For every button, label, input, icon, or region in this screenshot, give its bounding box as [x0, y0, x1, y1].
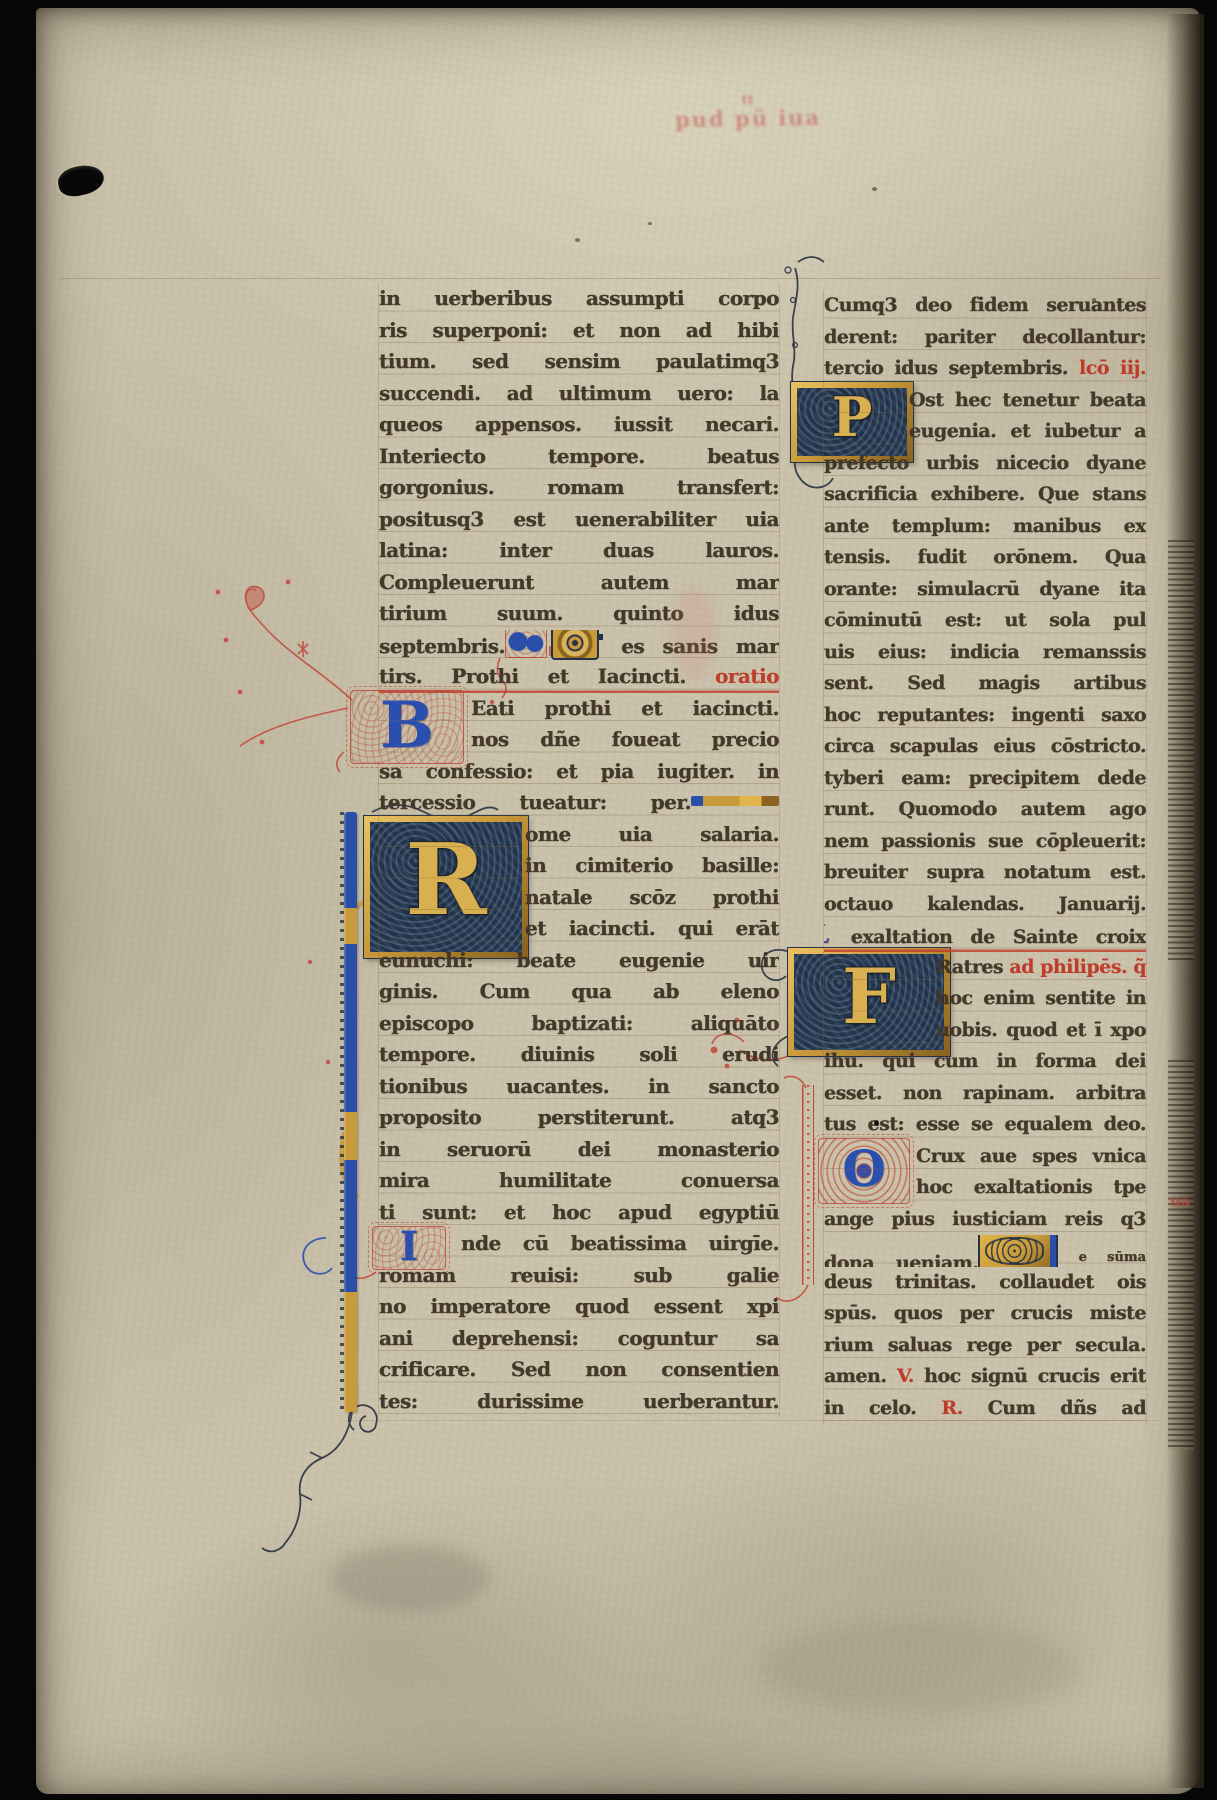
body-text: nos dñe foueat precio	[471, 727, 779, 751]
body-text: natale scōz prothi	[525, 885, 779, 909]
text-line: uobis. quod et ī xpo	[824, 1015, 1146, 1047]
body-text: cōminutū est: ut sola pul	[824, 609, 1146, 631]
body-text: ome uia salaria.	[525, 822, 779, 846]
rubric-text: ad philipēs. q̃	[1003, 956, 1146, 978]
body-text: gorgonius. romam transfert:	[379, 475, 779, 499]
body-text: orante: simulacrū dyane ita	[824, 578, 1146, 600]
body-text: circa scapulas eius cōstricto.	[824, 735, 1146, 757]
faded-folio-inscription: tt pud pü iua	[648, 92, 849, 132]
body-text: Ost hec tenetur beata	[909, 389, 1146, 411]
body-text: hoc exaltationis tpe	[916, 1176, 1146, 1198]
text-column-right: Cumq3 deo fidem seruantes gauderent: par…	[823, 290, 1147, 1424]
text-line: circa scapulas eius cōstricto.	[824, 731, 1146, 763]
body-text: tus est: esse se equalem deo.	[824, 1113, 1146, 1135]
body-text: Compleuerunt autem mar	[379, 570, 779, 594]
text-line: queos appensos. iussit necari.	[379, 409, 779, 441]
text-line: sacrificia exhibere. Que stans	[824, 479, 1146, 511]
body-text: succendi. ad ultimum uero: la	[379, 381, 779, 405]
body-text: et iacincti. qui erāt	[525, 916, 779, 940]
body-text: crificare. Sed non consentien	[379, 1357, 779, 1381]
text-line: proposito perstiterunt. atq3	[379, 1102, 779, 1134]
body-text: nem passionis sue cōpleuerit:	[824, 830, 1146, 852]
text-line: nde cū beatissima uirgīe.	[379, 1228, 779, 1260]
body-text: sa confessio: et pia iugiter. in	[379, 759, 779, 783]
rubric-text: R.	[916, 1397, 962, 1419]
text-column-left: in uerberibus assumpti corporis superpon…	[378, 283, 780, 1417]
text-line: positusq3 est uenerabiliter uia	[379, 504, 779, 536]
body-text: sent. Sed magis artibus	[824, 672, 1146, 694]
text-line: esset. non rapinam. arbitra	[824, 1078, 1146, 1110]
text-line: Interiecto tempore. beatus	[379, 441, 779, 473]
body-text: dona ueniam.	[824, 1252, 978, 1267]
body-text: derent: pariter decollantur:	[824, 326, 1146, 348]
body-text: tyberi eam: precipitem dede	[824, 767, 1146, 789]
body-text: ani deprehensi: coguntur sa	[379, 1326, 779, 1350]
ink-fleck	[872, 187, 877, 191]
text-line: tensis. fudit orōnem. Qua	[824, 542, 1146, 574]
body-text: esset. non rapinam. arbitra	[824, 1082, 1146, 1104]
body-text: deus trinitas. collaudet ois	[824, 1271, 1146, 1293]
manuscript-photo: tt pud pü iua	[0, 0, 1217, 1800]
text-line: Ratres ad philipēs. q̃	[824, 952, 1146, 984]
text-line: latina: inter duas lauros.	[379, 535, 779, 567]
text-line: spūs. quos per crucis miste	[824, 1298, 1146, 1330]
ink-fleck	[874, 1120, 879, 1126]
body-text: tercessio tueatur: per.	[379, 790, 691, 814]
body-text: mira humilitate conuersa	[379, 1168, 779, 1192]
body-text: ange pius iusticiam reis q3	[824, 1208, 1146, 1230]
body-text: octauo kalendas. Januarij.	[824, 893, 1146, 915]
body-text: tirs. Prothi et Iacincti.	[379, 664, 686, 688]
text-line: septembris. es sanis mar	[379, 630, 779, 662]
text-line: tercessio tueatur: per.	[379, 787, 779, 819]
text-line: L exaltation de Sainte croix	[824, 920, 1146, 952]
text-line: Compleuerunt autem mar	[379, 567, 779, 599]
body-text: ginis. Cum qua ab eleno	[379, 979, 779, 1003]
body-text: ihu. qui cum in forma dei	[824, 1050, 1146, 1072]
text-line: Ost hec tenetur beata	[824, 385, 1146, 417]
text-line: gorgonius. romam transfert:	[379, 472, 779, 504]
body-text: nde cū beatissima uirgīe.	[461, 1231, 779, 1255]
text-line: ginis. Cum qua ab eleno	[379, 976, 779, 1008]
body-text: septembris.	[379, 634, 505, 658]
text-line: no imperatore quod essent xpi	[379, 1291, 779, 1323]
text-line: Eati prothi et iacincti.	[379, 693, 779, 725]
text-line: ti sunt: et hoc apud egyptiū	[379, 1197, 779, 1229]
body-text: episcopo baptizati: aliquāto	[379, 1011, 779, 1035]
text-line: in celo. R. Cum dñs ad iudicādū	[824, 1393, 1146, 1425]
superscript-text: e sūma	[1058, 1250, 1146, 1265]
edge-red-mark: ua	[1170, 1192, 1190, 1210]
text-line: amen. V. hoc signū crucis erit	[824, 1361, 1146, 1393]
text-line: natale scōz prothi	[379, 882, 779, 914]
text-line: ihu. qui cum in forma dei	[824, 1046, 1146, 1078]
body-text: amen.	[824, 1365, 886, 1387]
body-text: ti sunt: et hoc apud egyptiū	[379, 1200, 779, 1224]
body-text: sacrificia exhibere. Que stans	[824, 483, 1146, 505]
text-line: hoc reputantes: ingenti saxo	[824, 700, 1146, 732]
text-line: tus est: esse se equalem deo.	[824, 1109, 1146, 1141]
body-text: tirium suum. quinto idus	[379, 601, 779, 625]
text-line: Cumq3 deo fidem seruantes gau	[824, 290, 1146, 322]
text-line: prefecto urbis nicecio dyane	[824, 448, 1146, 480]
text-line: derent: pariter decollantur:	[824, 322, 1146, 354]
body-text: tium. sed sensim paulatimq3	[379, 349, 779, 373]
body-text: in uerberibus assumpti corpo	[379, 286, 779, 310]
body-text: positusq3 est uenerabiliter uia	[379, 507, 779, 531]
body-text: Cumq3 deo fidem seruantes gau	[824, 294, 1146, 322]
text-line: romam reuisi: sub galie	[379, 1260, 779, 1292]
body-text: uobis. quod et ī xpo	[936, 1019, 1146, 1041]
text-line: octauo kalendas. Januarij.	[824, 889, 1146, 921]
text-line: tium. sed sensim paulatimq3	[379, 346, 779, 378]
body-text: Interiecto tempore. beatus	[379, 444, 779, 468]
text-line: ris superponi: et non ad hibi	[379, 315, 779, 347]
body-text: tempore. diuinis soli erudi	[379, 1042, 779, 1066]
body-text: rium saluas rege per secula.	[824, 1334, 1146, 1356]
body-text: exaltation de Sainte croix	[833, 926, 1146, 948]
body-text: no imperatore quod essent xpi	[379, 1294, 779, 1318]
text-line: rium saluas rege per secula.	[824, 1330, 1146, 1362]
red-filigree-bar	[802, 1085, 814, 1285]
text-line: ante templum: manibus ex	[824, 511, 1146, 543]
body-text: breuiter supra notatum est.	[824, 861, 1146, 883]
body-text: ris superponi: et non ad hibi	[379, 318, 779, 342]
rubric-text: V.	[886, 1365, 913, 1387]
body-text: eugenia. et iubetur a	[909, 420, 1146, 442]
body-text: in cimiterio basille:	[525, 853, 779, 877]
text-line: sa confessio: et pia iugiter. in	[379, 756, 779, 788]
text-line: mira humilitate conuersa	[379, 1165, 779, 1197]
text-line: sent. Sed magis artibus	[824, 668, 1146, 700]
body-text: hoc enim sentite in	[936, 987, 1146, 1009]
cadel-initial: L	[824, 920, 830, 950]
text-line: breuiter supra notatum est.	[824, 857, 1146, 889]
body-text: proposito perstiterunt. atq3	[379, 1105, 779, 1129]
body-text: queos appensos. iussit necari.	[379, 412, 779, 436]
body-text: romam reuisi: sub galie	[379, 1263, 779, 1287]
body-text: Crux aue spes vnica	[916, 1145, 1146, 1167]
text-line: uis eius: indicia remanssis	[824, 637, 1146, 669]
ruling-line-top	[60, 278, 1160, 279]
body-text: latina: inter duas lauros.	[379, 538, 779, 562]
next-folio-text-sliver	[1168, 1060, 1194, 1450]
ink-fleck	[575, 238, 580, 242]
text-line: tirs. Prothi et Iacincti. oratio	[379, 661, 779, 693]
text-line: episcopo baptizati: aliquāto	[379, 1008, 779, 1040]
text-line: cōminutū est: ut sola pul	[824, 605, 1146, 637]
text-line: runt. Quomodo autem ago	[824, 794, 1146, 826]
text-line: ome uia salaria.	[379, 819, 779, 851]
body-text: tensis. fudit orōnem. Qua	[824, 546, 1146, 568]
text-line: succendi. ad ultimum uero: la	[379, 378, 779, 410]
text-line: ange pius iusticiam reis q3	[824, 1204, 1146, 1236]
text-line: tes: durissime uerberantur.	[379, 1386, 779, 1418]
body-text: es sanis mar	[603, 634, 779, 658]
ink-fleck	[648, 222, 652, 225]
body-text: Ratres	[936, 956, 1003, 978]
body-text: spūs. quos per crucis miste	[824, 1302, 1146, 1324]
rubric-text: oratio	[686, 664, 779, 688]
body-text: prefecto urbis nicecio dyane	[824, 452, 1146, 474]
text-line: tempore. diuinis soli erudi	[379, 1039, 779, 1071]
text-line: hoc exaltationis tpe	[824, 1172, 1146, 1204]
text-line: nem passionis sue cōpleuerit:	[824, 826, 1146, 858]
text-line: nos dñe foueat precio	[379, 724, 779, 756]
inline-gold-initial	[978, 1235, 1058, 1267]
text-line: orante: simulacrū dyane ita	[824, 574, 1146, 606]
body-text: uis eius: indicia remanssis	[824, 641, 1146, 663]
gold-line-filler	[691, 796, 779, 806]
body-text: in seruorū dei monasterio	[379, 1137, 779, 1161]
text-line: dona ueniam. e sūma	[824, 1235, 1146, 1267]
text-line: et iacincti. qui erāt	[379, 913, 779, 945]
text-line: in uerberibus assumpti corpo	[379, 283, 779, 315]
text-line: eugenia. et iubetur a	[824, 416, 1146, 448]
body-text: tercio idus septembris.	[824, 357, 1068, 379]
text-line: in seruorū dei monasterio	[379, 1134, 779, 1166]
text-line: hoc enim sentite in	[824, 983, 1146, 1015]
body-text: tionibus uacantes. in sancto	[379, 1074, 779, 1098]
inline-decorated-initial	[505, 630, 603, 660]
text-line: tionibus uacantes. in sancto	[379, 1071, 779, 1103]
text-line: Crux aue spes vnica	[824, 1141, 1146, 1173]
body-text: tes: durissime uerberantur.	[379, 1389, 779, 1413]
blue-gold-bar-border	[344, 812, 357, 1412]
body-text: hoc signū crucis erit	[914, 1365, 1146, 1387]
text-line: eunuchi: beate eugenie uir	[379, 945, 779, 977]
body-text: in celo.	[824, 1397, 916, 1419]
text-line: ani deprehensi: coguntur sa	[379, 1323, 779, 1355]
text-line: crificare. Sed non consentien	[379, 1354, 779, 1386]
body-text: ante templum: manibus ex	[824, 515, 1146, 537]
body-text: runt. Quomodo autem ago	[824, 798, 1146, 820]
inscription-line-2: pud pü iua	[648, 105, 848, 132]
text-line: deus trinitas. collaudet ois	[824, 1267, 1146, 1299]
rubric-text: lcō iij.	[1068, 357, 1146, 379]
text-line: in cimiterio basille:	[379, 850, 779, 882]
text-line: tirium suum. quinto idus	[379, 598, 779, 630]
text-line: tercio idus septembris. lcō iij.	[824, 353, 1146, 385]
text-line: tyberi eam: precipitem dede	[824, 763, 1146, 795]
next-folio-text-sliver	[1168, 540, 1194, 960]
body-text: hoc reputantes: ingenti saxo	[824, 704, 1146, 726]
body-text: eunuchi: beate eugenie uir	[379, 948, 779, 972]
ink-fleck	[1092, 298, 1096, 302]
body-text: Eati prothi et iacincti.	[471, 696, 779, 720]
